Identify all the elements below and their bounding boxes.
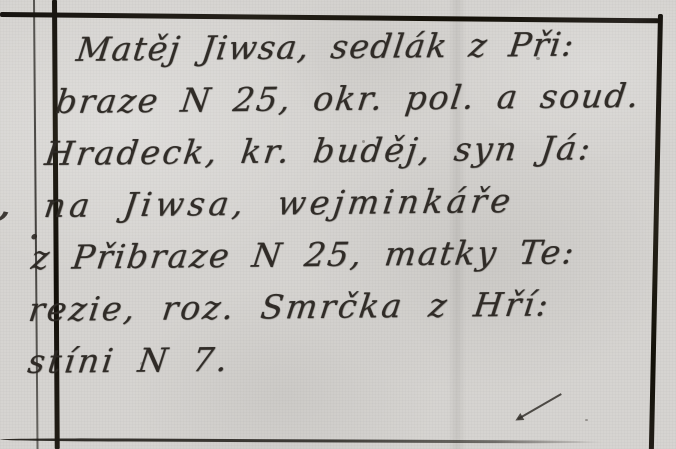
margin-ink-dot: . (29, 212, 39, 247)
handwriting-line: Matěj Jiwsa, sedlák z Při: (73, 18, 653, 76)
scanned-register-page: Matěj Jiwsa, sedlák z Při: braze N 25, o… (0, 0, 676, 449)
paper-speck (536, 57, 540, 60)
handwriting-line: stíni N 7. (25, 330, 613, 388)
handwritten-entry: Matěj Jiwsa, sedlák z Při: braze N 25, o… (19, 18, 653, 388)
paper-speck (140, 362, 144, 365)
handwriting-line: braze N 25, okr. pol. a soud. (52, 70, 646, 128)
stray-pen-stroke-hook (513, 413, 524, 424)
margin-ink-comma: , (0, 185, 16, 227)
handwriting-line: rezie, roz. Smrčka z Hří: (25, 278, 619, 336)
paper-speck (362, 140, 365, 143)
stray-pen-stroke (518, 393, 562, 420)
table-rule-bottom (0, 438, 604, 444)
paper-speck (585, 419, 588, 421)
handwriting-line: na Jiwsa, wejminkáře (41, 174, 633, 232)
table-rule-right (649, 14, 663, 449)
handwriting-line: z Přibraze N 25, matky Te: (28, 226, 626, 284)
handwriting-line: Hradeck, kr. buděj, syn Já: (42, 122, 640, 180)
